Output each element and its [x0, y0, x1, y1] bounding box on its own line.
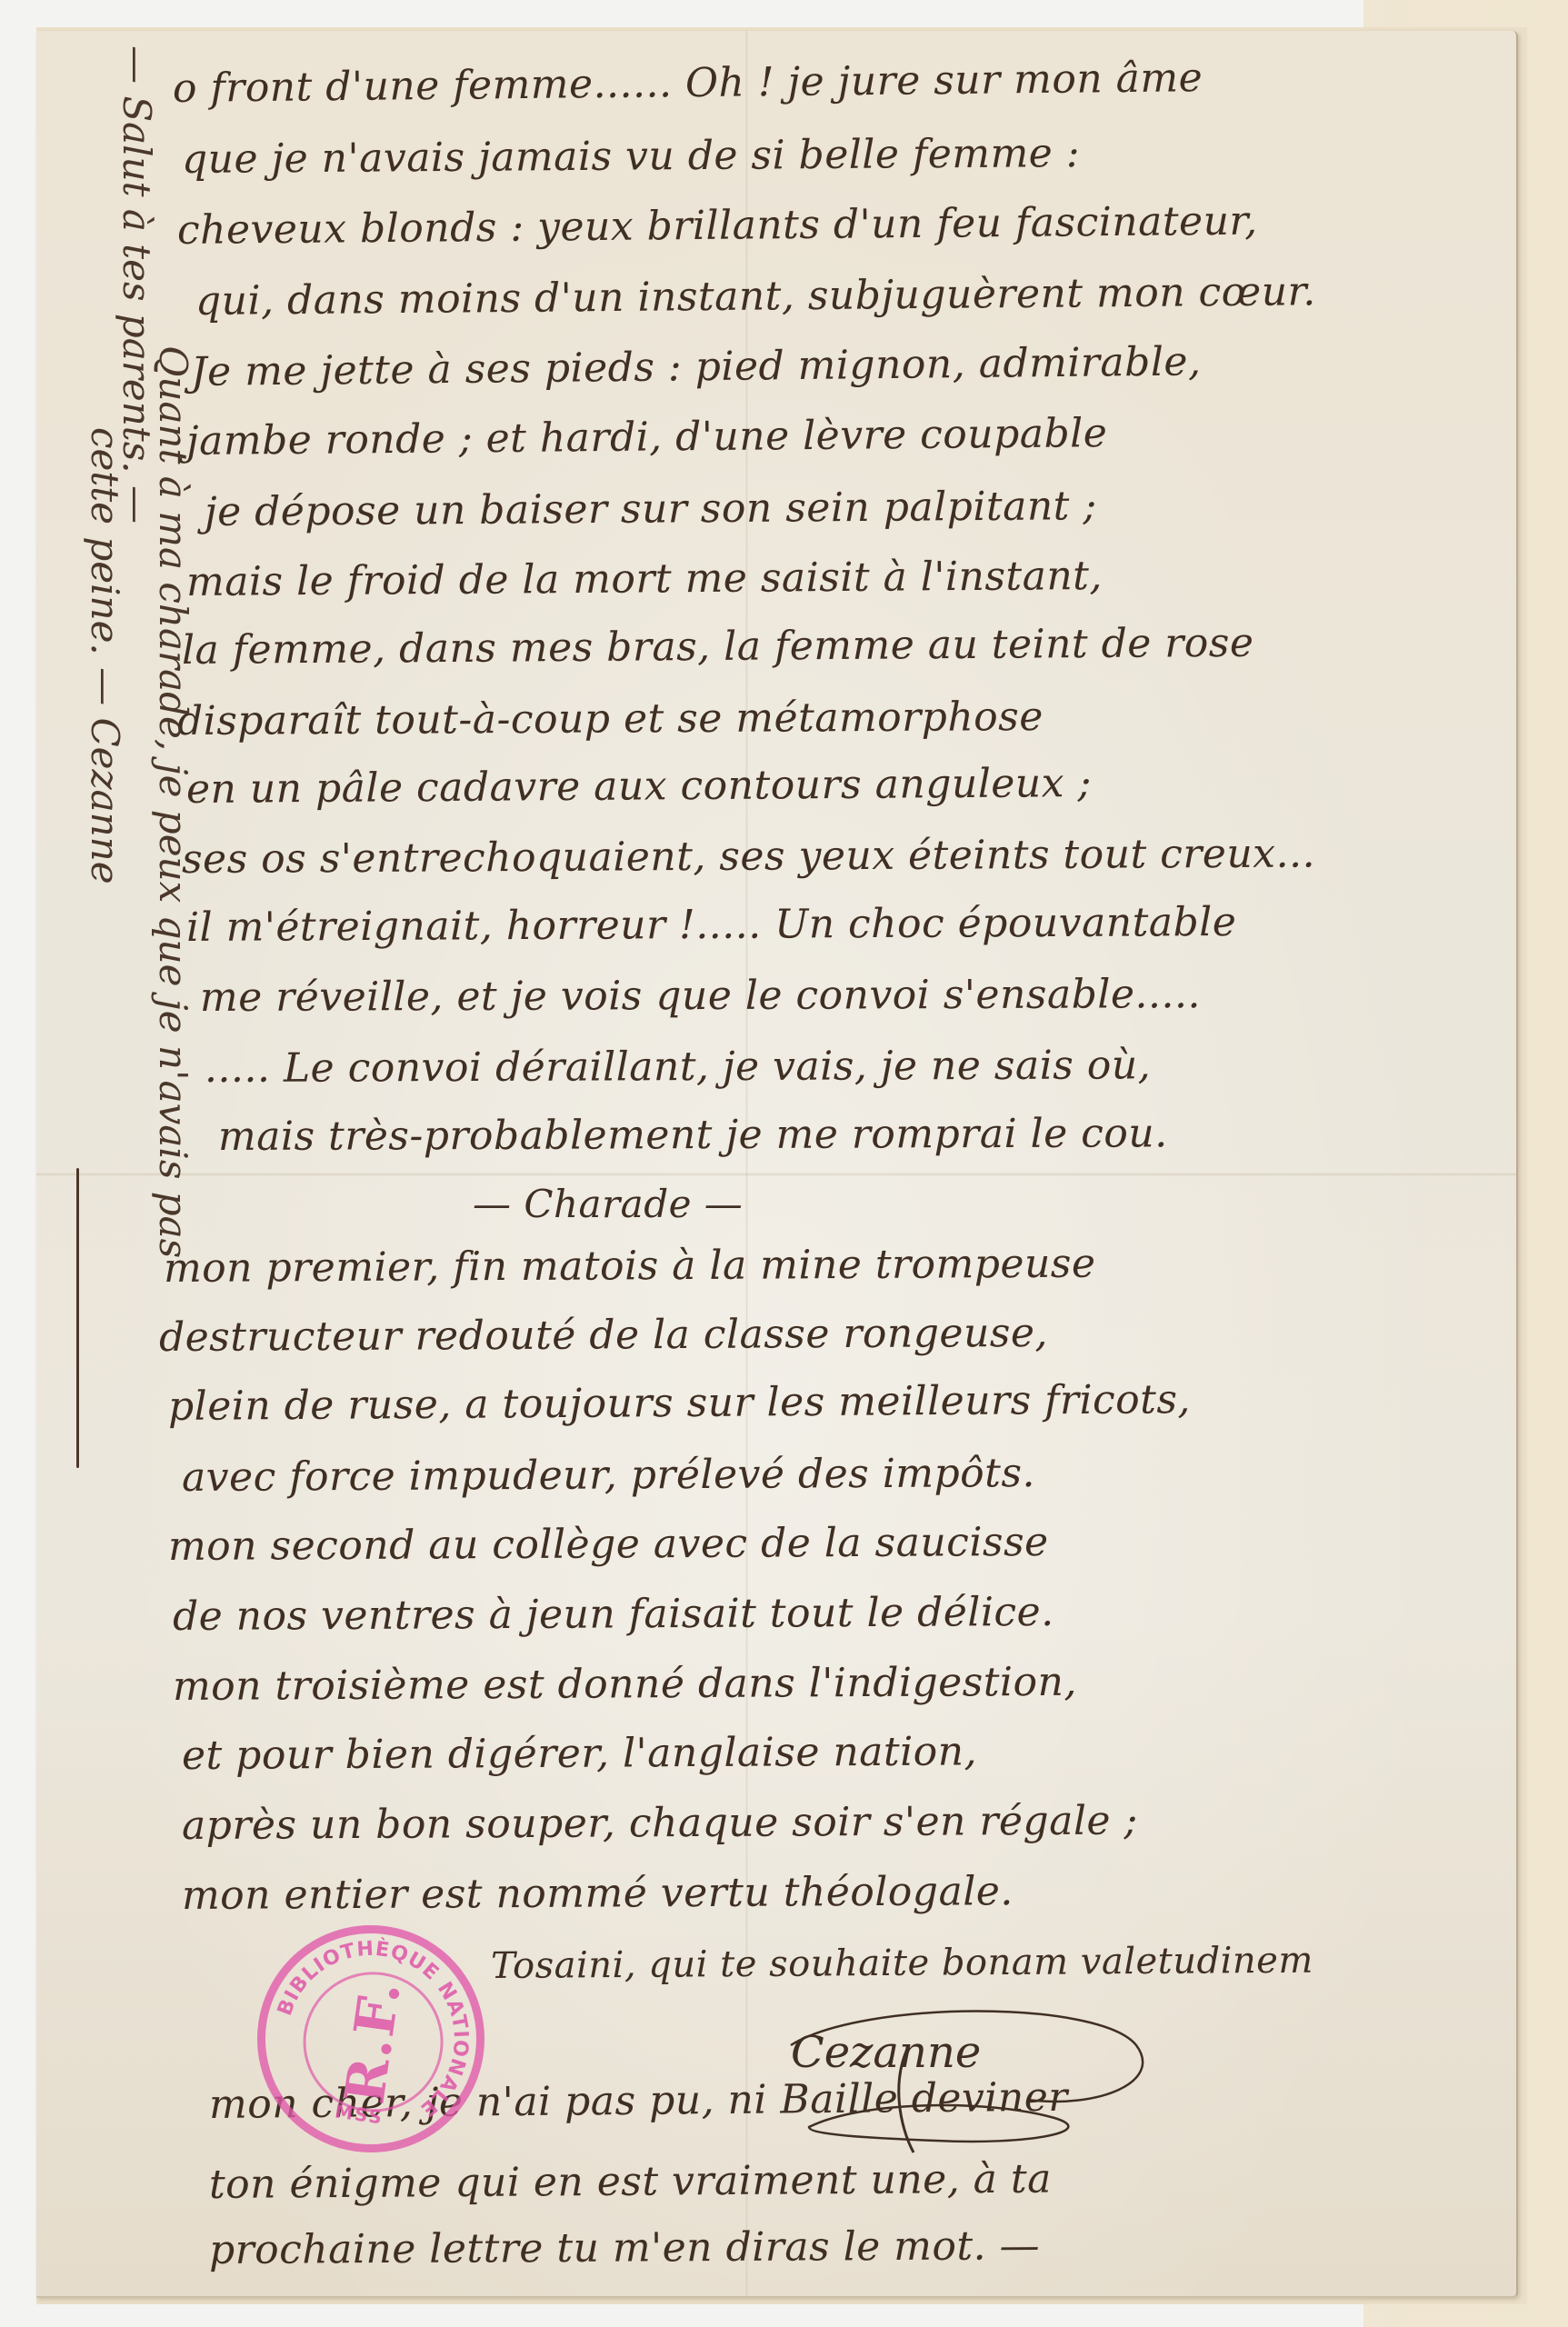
charade-line: mon second au collège avec de la sauciss…	[168, 1519, 1049, 1570]
body-line: je dépose un baiser sur son sein palpita…	[205, 483, 1097, 535]
margin-note: cette peine. — Cezanne	[83, 427, 127, 884]
body-line: jambe ronde ; et hardi, d'une lèvre coup…	[186, 410, 1108, 464]
margin-underline	[76, 1168, 79, 1468]
postscript-line: prochaine lettre tu m'en diras le mot. —	[209, 2222, 1040, 2273]
body-line: ..... Le convoi déraillant, je vais, je …	[205, 1042, 1151, 1092]
horizontal-fold-crease	[36, 1173, 1516, 1176]
body-line: qui, dans moins d'un instant, subjuguère…	[195, 268, 1316, 325]
margin-note: Quant à ma charade, je peux que je n'ava…	[151, 345, 195, 1258]
library-stamp: BIBLIOTHÈQUE NATIONALE R.F. MSS	[243, 1911, 499, 2167]
charade-line: destructeur redouté de la classe rongeus…	[159, 1310, 1048, 1361]
stamp-mark: R.F.	[333, 1976, 413, 2108]
charade-line: et pour bien digérer, l'anglaise nation,	[182, 1728, 977, 1779]
postscript-line: ton énigme qui en est vraiment une, à ta	[209, 2156, 1052, 2208]
body-line: en un pâle cadavre aux contours anguleux…	[186, 760, 1092, 813]
body-line: ses os s'entrechoquaient, ses yeux étein…	[182, 830, 1315, 883]
body-line: cheveux blonds : yeux brillants d'un feu…	[177, 198, 1258, 254]
closing-line: Tosaini, qui te souhaite bonam valetudin…	[491, 1940, 1313, 1987]
signature: Cezanne	[791, 2027, 981, 2078]
charade-line: après un bon souper, chaque soir s'en ré…	[182, 1797, 1138, 1849]
charade-title: — Charade —	[473, 1182, 743, 1226]
body-line: me réveille, et je vois que le convoi s'…	[200, 971, 1201, 1021]
body-line: que je n'avais jamais vu de si belle fem…	[182, 130, 1080, 183]
charade-line: de nos ventres à jeun faisait tout le dé…	[173, 1589, 1054, 1640]
charade-line: mon premier, fin matois à la mine trompe…	[164, 1241, 1096, 1292]
body-line: disparaît tout-à-coup et se métamorphose	[177, 694, 1044, 744]
body-line: mais le froid de la mort me saisit à l'i…	[186, 553, 1103, 605]
body-line: il m'étreignait, horreur !..... Un choc …	[186, 899, 1237, 951]
charade-line: mon troisième est donné dans l'indigesti…	[173, 1659, 1077, 1710]
charade-line: mon entier est nommé vertu théologale.	[182, 1868, 1014, 1919]
body-line: mais très-probablement je me romprai le …	[218, 1110, 1168, 1160]
body-line: la femme, dans mes bras, la femme au tei…	[182, 620, 1254, 674]
charade-line: avec force impudeur, prélevé des impôts.	[182, 1450, 1035, 1501]
charade-line: plein de ruse, a toujours sur les meille…	[168, 1376, 1191, 1430]
